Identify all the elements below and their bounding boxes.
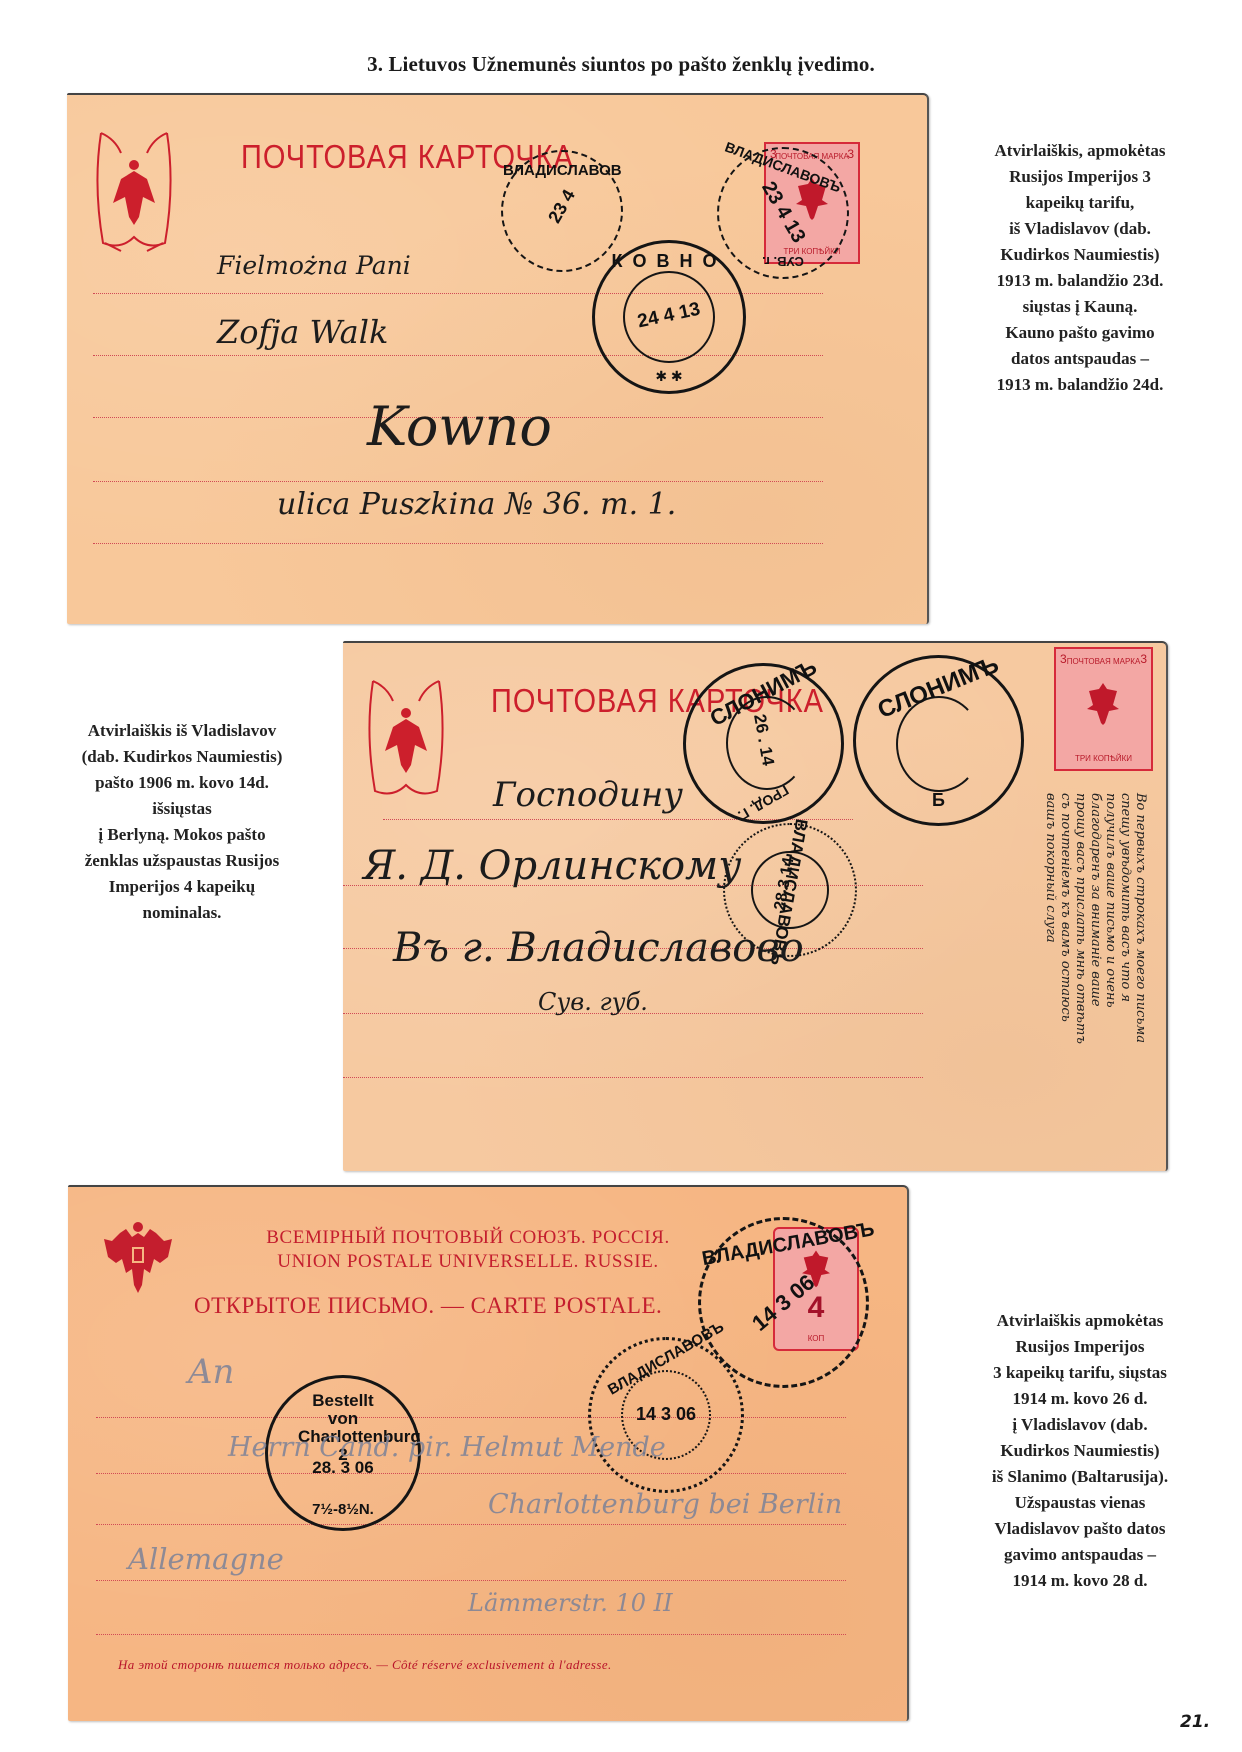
address-line: Lämmerstr. 10 II [468, 1589, 673, 1617]
upu-header-fr: UNION POSTALE UNIVERSELLE. RUSSIE. [178, 1251, 758, 1273]
eagle-wreath-emblem-icon [91, 125, 177, 255]
postcard-1: ПОЧТОВАЯ КАРТОЧКА 3 3 ПОЧТОВАЯ МАРКА ТРИ… [67, 93, 929, 624]
address-line: Сув. губ. [538, 988, 648, 1016]
address-rule [343, 1077, 923, 1078]
caption-card-3: Atvirlaiškis apmokėtas Rusijos Imperijos… [930, 1308, 1230, 1594]
address-line: Allemagne [128, 1542, 284, 1576]
eagle-icon [1083, 679, 1123, 727]
address-rule [96, 1524, 846, 1525]
postmark-slonim: СЛОНИМЪ 26 . 14 ГРОД. Г. [683, 663, 844, 824]
address-line: Fielmożna Pani [217, 251, 411, 280]
side-message: Во первыхъ строкахъ моего письма спешу у… [933, 793, 1148, 1153]
caption-card-2: Atvirlaiškis iš Vladislavov (dab. Kudirk… [32, 718, 332, 926]
eagle-wreath-emblem-icon [363, 673, 449, 803]
upu-header-ru: ВСЕМІРНЫЙ ПОЧТОВЫЙ СОЮЗЪ. РОССІЯ. [178, 1227, 758, 1249]
postmark-kovno: КОВНО 24 4 13 ✱ ✱ [592, 240, 746, 394]
double-headed-eagle-icon [98, 1219, 178, 1299]
caption-card-1: Atvirlaiškis, apmokėtas Rusijos Imperijo… [930, 138, 1230, 398]
address-line: Charlottenburg bei Berlin [488, 1489, 842, 1520]
page-title: 3. Lietuvos Užnemunės siuntos po pašto ž… [0, 52, 1242, 77]
page-number: 21. [1180, 1712, 1210, 1732]
stamp-imprint: 3 3 ПОЧТОВАЯ МАРКА ТРИ КОПѢЙКИ [1054, 647, 1153, 771]
address-rule [96, 1634, 846, 1635]
address-rule [93, 543, 823, 544]
address-line: Я. Д. Орлинскому [363, 843, 741, 889]
address-line: An [188, 1352, 234, 1392]
address-line: ulica Puszkina № 36. m. 1. [277, 487, 676, 522]
address-line: Zofja Walk [217, 313, 388, 351]
address-line: Herrn Cand. pir. Helmut Mende [228, 1432, 666, 1463]
address-line: Kowno [367, 395, 552, 458]
postcard-3: ВСЕМІРНЫЙ ПОЧТОВЫЙ СОЮЗЪ. РОССІЯ. UNION … [68, 1185, 909, 1721]
address-rule [93, 481, 823, 482]
address-side-note: На этой сторонѣ пишется только адресъ. —… [118, 1657, 898, 1673]
postcard-2: ПОЧТОВАЯ КАРТОЧКА 3 3 ПОЧТОВАЯ МАРКА ТРИ… [343, 641, 1168, 1171]
address-line: Въ г. Владиславово [393, 925, 804, 971]
address-rule [96, 1473, 846, 1474]
address-line: Господину [493, 775, 683, 815]
postmark-vladislavov: ВЛАДИСЛАВОВЪ 14 3 06 [588, 1337, 744, 1493]
address-rule [96, 1580, 846, 1581]
